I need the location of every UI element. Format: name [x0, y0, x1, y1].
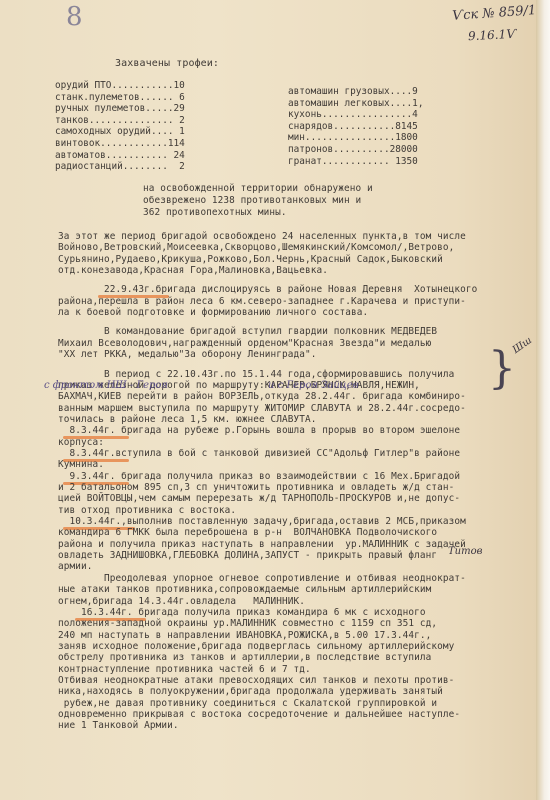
body-line: 9.3.44г. бригада получила приказ во взаи…: [58, 471, 460, 483]
trophy-row: патронов..........28000: [288, 144, 423, 156]
trophy-row: орудий ПТО...........10: [55, 80, 185, 92]
archive-reference-bottom: 9.16.1Ѵ: [468, 27, 517, 44]
body-line: ванным маршем выступила по маршруту ЖИТО…: [58, 403, 466, 415]
body-line: ние 1 Танковой Армии.: [58, 720, 179, 732]
margin-note-left: с фронтом НШ - Героя: [44, 380, 168, 391]
trophy-row: гранат............ 1350: [288, 156, 423, 168]
trophies-heading: Захвачены трофеи:: [115, 58, 219, 70]
body-line: обстрелу противника из танков и артиллер…: [58, 652, 431, 664]
trophies-list-right: автомашин грузовых....9автомашин легковы…: [288, 86, 423, 167]
trophies-list-left: орудий ПТО...........10станк.пулеметов..…: [55, 80, 185, 173]
trophy-row: автомашин легковых....1,: [288, 98, 423, 110]
trophy-row: снарядов...........8145: [288, 121, 423, 133]
body-line: Кумнина.: [58, 459, 104, 471]
body-line: В период с 22.10.43г.по 15.1.44 года,сфо…: [58, 369, 454, 381]
trophy-row: самоходных орудий.... 1: [55, 126, 185, 138]
body-line: овладеть ЗАДНИШОВКА,ГЛЕБОВКА ДОЛИНА,ЗАПУ…: [58, 550, 437, 562]
mines-line: обезврежено 1238 противотанковых мин и: [143, 195, 361, 207]
body-line: Отбивая неоднократные атаки превосходящи…: [58, 675, 454, 687]
trophy-row: ручных пулеметов.....29: [55, 103, 185, 115]
body-line: Сурьянино,Рудаево,Крикуша,Рожково,Бол.Че…: [58, 254, 443, 266]
body-line: ла к боевой подготовке и формированию ли…: [58, 307, 368, 319]
body-line: "XХ лет РККА, медалью"За оборону Ленингр…: [58, 349, 317, 361]
body-line: цией ВОЙТОВЦЫ,чем самым перерезать ж/д Т…: [58, 493, 460, 505]
body-line: отд.конезавода,Красная Гора,Малиновка,Ва…: [58, 265, 328, 277]
margin-note-titov: Титов: [448, 546, 482, 557]
body-line: армии.: [58, 561, 92, 573]
trophy-row: винтовок............114: [55, 138, 185, 150]
page-edge: [536, 0, 550, 800]
body-line: ника,находясь в полуокружении,бригада пр…: [58, 686, 443, 698]
body-line: контрнаступление противника частей 6 и 7…: [58, 664, 311, 676]
body-line: одновременно прикрывая с востока сосредо…: [58, 709, 460, 721]
mines-line: 362 противопехотных мины.: [143, 207, 287, 219]
sheet-number: 8: [66, 2, 83, 32]
trophy-row: танков............... 2: [55, 115, 185, 127]
body-line: точилась в районе леса 1,5 км. южнее СЛА…: [58, 414, 317, 426]
body-line: огнем,бригада 14.3.44г.овладела МАЛИННИК…: [58, 596, 305, 608]
body-line: заняв исходное положение,бригада подверг…: [58, 641, 454, 653]
trophy-row: радиостанций........ 2: [55, 161, 185, 173]
margin-note-right: и с Героя Зайцев: [268, 380, 359, 391]
trophy-row: мин................1800: [288, 132, 423, 144]
body-line: 240 мп наступать в направлении ИВАНОВКА,…: [58, 630, 431, 642]
trophy-row: кухонь................4: [288, 109, 423, 121]
body-line: рубеж,не давая противнику соединиться с …: [58, 698, 437, 710]
body-line: Войново,Ветровский,Моисеевка,Скворцово,Ш…: [58, 242, 454, 254]
body-line: Михаил Всеволодович,награжденный орденом…: [58, 338, 431, 350]
body-line: командира 6 ГМКК была переброшена в р-н …: [58, 527, 437, 539]
trophy-row: станк.пулеметов...... 6: [55, 92, 185, 104]
body-line: положения-западной окраины ур.МАЛИННИК с…: [58, 618, 437, 630]
trophy-row: автомашин грузовых....9: [288, 86, 423, 98]
body-line: района,перешла в район леса 6 км.северо-…: [58, 296, 466, 308]
body-line: ные атаки танков противника,сопровождаем…: [58, 584, 431, 596]
body-line: района и получила приказ наступать в нап…: [58, 539, 466, 551]
trophy-row: автоматов........... 24: [55, 150, 185, 162]
bracket-mark-icon: }: [488, 343, 516, 394]
body-line: корпуса:: [58, 437, 104, 449]
mines-line: на освобожденной территории обнаружено и: [143, 183, 373, 195]
body-line: БАХМАЧ,КИЕВ перейти в район ВОРЗЕЛЬ,отку…: [58, 391, 466, 403]
body-line: За этот же период бригадой освобождено 2…: [58, 231, 466, 243]
body-line: В командование бригадой вступил гвардии …: [58, 326, 437, 338]
body-line: тив отход противника с востока.: [58, 505, 236, 517]
body-line: Преодолевая упорное огневое сопротивлени…: [58, 573, 466, 585]
